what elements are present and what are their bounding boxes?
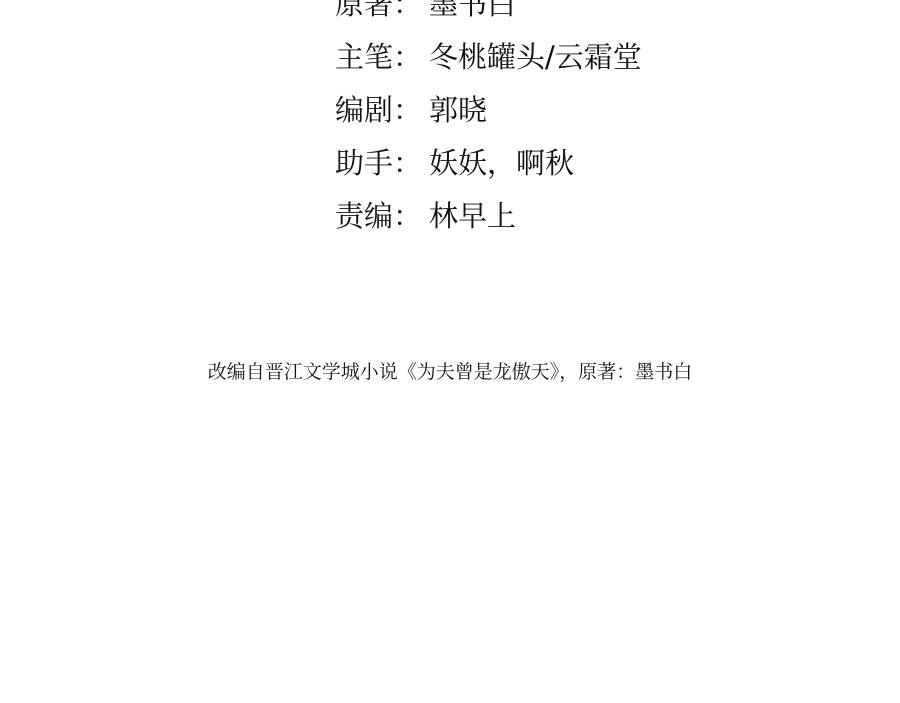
credit-separator: ： [393,137,429,190]
adaptation-source-note: 改编自晋江文学城小说《为夫曾是龙傲天》，原著：墨书白 [0,358,900,386]
credits-list: 原著：墨书白 主笔：冬桃罐头/云霜堂 编剧：郭晓 助手：妖妖，啊秋 责编：林早上 [335,0,642,243]
credit-separator: ： [393,31,429,84]
credit-original-author: 原著：墨书白 [335,0,642,31]
credit-role-label: 主笔 [335,31,393,84]
credit-role-label: 原著 [335,0,393,31]
credit-name: 林早上 [429,190,516,243]
credit-assistants: 助手：妖妖，啊秋 [335,137,642,190]
credit-separator: ： [393,190,429,243]
credit-screenwriter: 编剧：郭晓 [335,84,642,137]
credit-editor: 责编：林早上 [335,190,642,243]
credit-role-label: 责编 [335,190,393,243]
credit-name: 妖妖，啊秋 [429,137,574,190]
credit-lead-artist: 主笔：冬桃罐头/云霜堂 [335,31,642,84]
credit-name: 冬桃罐头/云霜堂 [429,31,642,84]
credit-separator: ： [393,84,429,137]
credit-name: 墨书白 [429,0,516,31]
credit-name: 郭晓 [429,84,487,137]
credit-role-label: 编剧 [335,84,393,137]
credit-separator: ： [393,0,429,31]
credit-role-label: 助手 [335,137,393,190]
